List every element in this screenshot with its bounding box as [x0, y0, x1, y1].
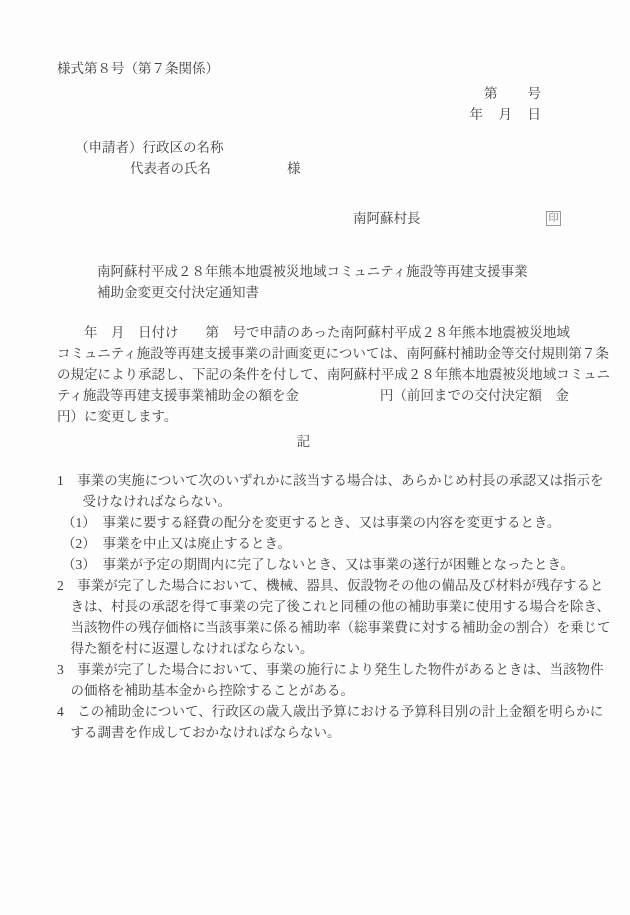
issuer-line: 南阿蘇村長 印	[57, 208, 580, 229]
body-paragraph: 年 月 日付け 第 号で申請のあった南阿蘇村平成２８年熊本地震被災地域 コミュニ…	[57, 322, 580, 427]
body-line: の規定により承認し、下記の条件を付して、南阿蘇村平成２８年熊本地震被災地域コミュ…	[57, 364, 580, 385]
condition-item-1-cont: 受けなければならない。	[57, 491, 580, 512]
body-line: 年 月 日付け 第 号で申請のあった南阿蘇村平成２８年熊本地震被災地域	[57, 322, 580, 343]
condition-item-3-cont: の価格を補助基本金から控除することがある。	[57, 680, 580, 701]
representative-line: 代表者の氏名様	[130, 158, 580, 179]
body-line: ティ施設等再建支援事業補助金の額を金 円（前回までの交付決定額 金	[57, 385, 580, 406]
condition-subitem-1-3: （3） 事業が予定の期間内に完了しないとき、又は事業の遂行が困難となったとき。	[57, 554, 580, 575]
seal-mark-icon: 印	[546, 211, 561, 226]
title-line-1: 南阿蘇村平成２８年熊本地震被災地域コミュニティ施設等再建支援事業	[97, 261, 580, 282]
condition-item-1: 1 事業の実施について次のいずれかに該当する場合は、あらかじめ村長の承認又は指示…	[57, 470, 580, 491]
condition-item-2-cont: 当該物件の残存価格に当該事業に係る補助率（総事業費に対する補助金の割合）を乗じて	[57, 617, 580, 638]
document-page: 様式第８号（第７条関係） 第 号 年 月 日 （申請者）行政区の名称 代表者の氏…	[0, 0, 630, 915]
condition-item-4-cont: する調書を作成しておかなければならない。	[57, 722, 580, 743]
mayor-name: 南阿蘇村長	[353, 211, 421, 226]
title-line-2: 補助金変更交付決定通知書	[97, 282, 580, 303]
applicant-block: （申請者）行政区の名称 代表者の氏名様	[57, 137, 580, 179]
condition-item-2-cont: 得た額を村に返還しなければならない。	[57, 638, 580, 659]
representative-label: 代表者の氏名	[130, 161, 211, 176]
condition-subitem-1-1: （1） 事業に要する経費の配分を変更するとき、又は事業の内容を変更するとき。	[57, 512, 580, 533]
body-line: コミュニティ施設等再建支援事業の計画変更については、南阿蘇村補助金等交付規則第７…	[57, 343, 580, 364]
condition-item-2: 2 事業が完了した場合において、機械、器具、仮設物その他の備品及び材料が残存する…	[57, 575, 580, 596]
condition-subitem-1-2: （2） 事業を中止又は廃止するとき。	[57, 533, 580, 554]
body-line: 円）に変更します。	[57, 406, 580, 427]
conditions-list: 1 事業の実施について次のいずれかに該当する場合は、あらかじめ村長の承認又は指示…	[57, 470, 580, 743]
form-number: 様式第８号（第７条関係）	[57, 58, 580, 79]
applicant-name-label: （申請者）行政区の名称	[75, 137, 580, 158]
document-title: 南阿蘇村平成２８年熊本地震被災地域コミュニティ施設等再建支援事業 補助金変更交付…	[97, 261, 580, 303]
section-marker-ki: 記	[57, 431, 550, 452]
condition-item-3: 3 事業が完了した場合において、事業の施行により発生した物件があるときは、当該物…	[57, 659, 580, 680]
document-meta: 第 号 年 月 日	[57, 83, 580, 125]
document-number-line: 第 号	[57, 83, 542, 104]
honorific-sama: 様	[287, 158, 301, 179]
date-line: 年 月 日	[57, 104, 542, 125]
condition-item-2-cont: きは、村長の承認を得て事業の完了後これと同種の他の補助事業に使用する場合を除き、	[57, 596, 580, 617]
condition-item-4: 4 この補助金について、行政区の歳入歳出予算における予算科目別の計上金額を明らか…	[57, 701, 580, 722]
